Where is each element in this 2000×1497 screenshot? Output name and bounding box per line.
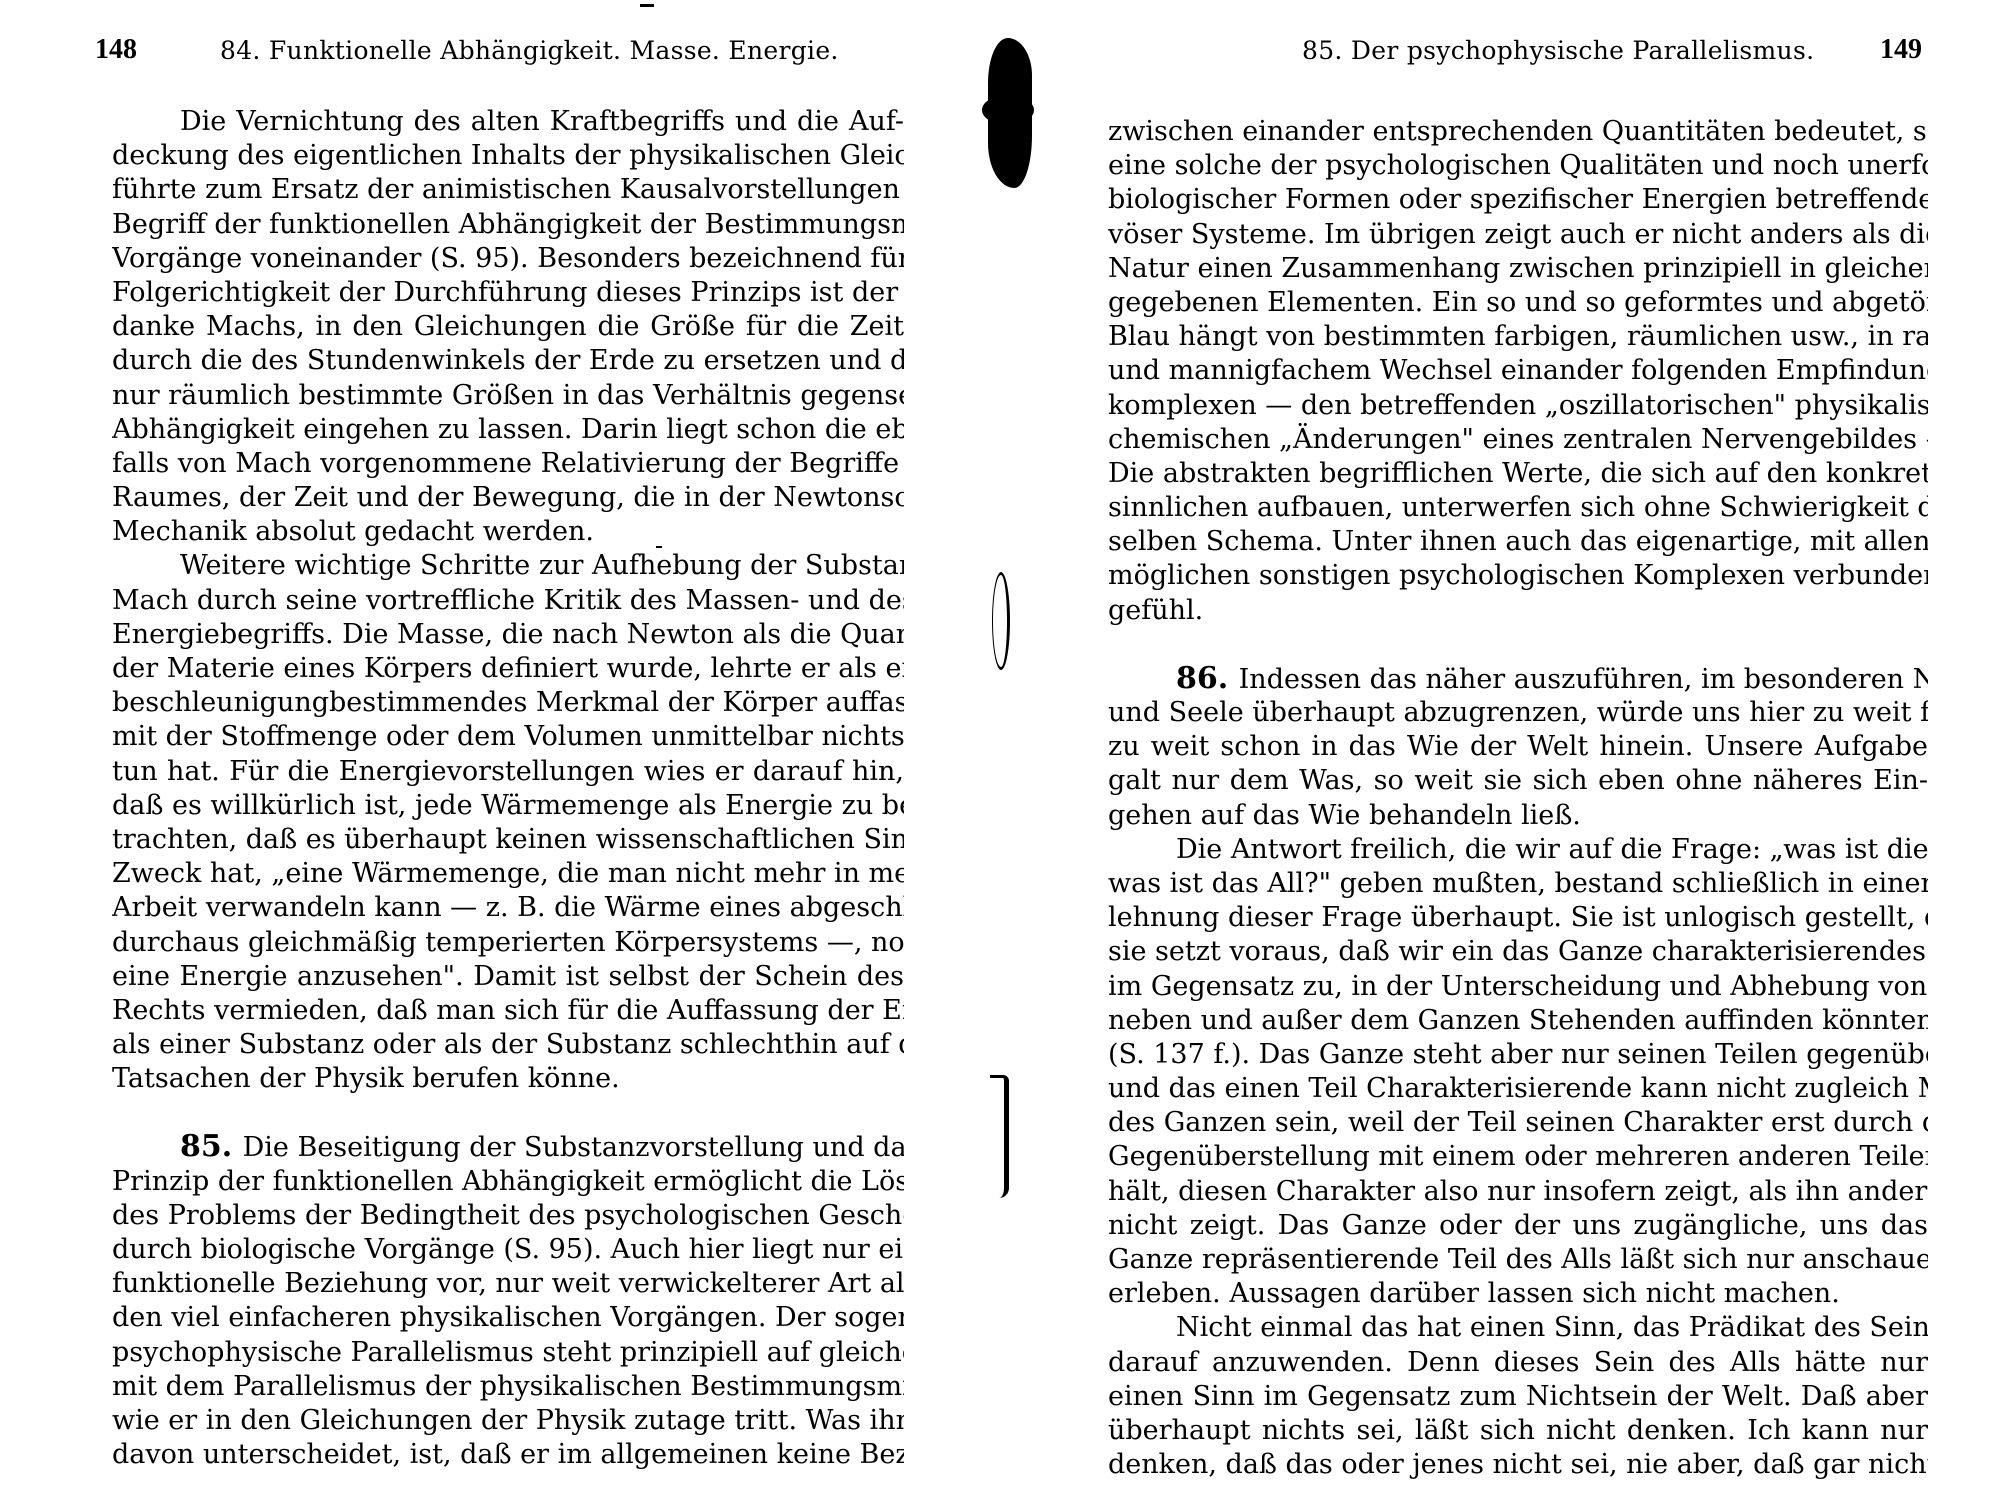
line-text: darauf anzuwenden. Denn dieses Sein des … (1108, 1347, 1928, 1378)
line-text: Begriff der funktionellen Abhängigkeit d… (112, 209, 904, 240)
line-text: Rechts vermieden, daß man sich für die A… (112, 995, 904, 1026)
line-text: Natur einen Zusammenhang zwischen prinzi… (1108, 253, 1928, 284)
text-line: vöser Systeme. Im übrigen zeigt auch er … (1108, 218, 1928, 252)
text-line: des Ganzen sein, weil der Teil seinen Ch… (1108, 1106, 1928, 1140)
binding-mark (990, 1075, 1009, 1198)
line-text: Zweck hat, „eine Wärmemenge, die man nic… (112, 858, 904, 889)
text-line: Blau hängt von bestimmten farbigen, räum… (1108, 320, 1928, 354)
text-line: mit der Stoffmenge oder dem Volumen unmi… (112, 720, 904, 754)
line-text: hält, diesen Charakter also nur insofern… (1108, 1176, 1928, 1207)
text-line: Begriff der funktionellen Abhängigkeit d… (112, 208, 904, 242)
line-text: einen Sinn im Gegensatz zum Nichtsein de… (1108, 1381, 1928, 1412)
line-text: sinnlichen aufbauen, unterwerfen sich oh… (1108, 492, 1928, 523)
line-text: Mechanik absolut gedacht werden. (112, 516, 594, 547)
text-line: hält, diesen Charakter also nur insofern… (1108, 1175, 1928, 1209)
page-body: Die Vernichtung des alten Kraftbegriffs … (112, 105, 904, 1472)
text-line: möglichen sonstigen psychologischen Komp… (1108, 559, 1928, 593)
text-line: falls von Mach vorgenommene Relativierun… (112, 447, 904, 481)
line-text: Tatsachen der Physik berufen könne. (112, 1063, 620, 1094)
line-text: zwischen einander entsprechenden Quantit… (1108, 116, 1928, 147)
line-text: Mach durch seine vortreffliche Kritik de… (112, 585, 904, 616)
line-text: (S. 137 f.). Das Ganze steht aber nur se… (1108, 1039, 1928, 1070)
line-text: gehen auf das Wie behandeln ließ. (1108, 800, 1581, 831)
line-text: Nicht einmal das hat einen Sinn, das Prä… (1176, 1312, 1928, 1343)
line-text: Weitere wichtige Schritte zur Aufhebung … (180, 550, 904, 581)
line-text: eine solche der psychologischen Qualität… (1108, 150, 1928, 181)
left-page: 148 84. Funktionelle Abhängigkeit. Masse… (0, 0, 960, 1497)
line-text: gefühl. (1108, 595, 1203, 626)
binding-mark (992, 572, 1010, 670)
line-text: möglichen sonstigen psychologischen Komp… (1108, 560, 1928, 591)
line-text: Blau hängt von bestimmten farbigen, räum… (1108, 321, 1928, 352)
line-text: gegebenen Elementen. Ein so und so gefor… (1108, 287, 1928, 318)
text-line: komplexen — den betreffenden „oszillator… (1108, 389, 1928, 423)
text-line: Rechts vermieden, daß man sich für die A… (112, 994, 904, 1028)
text-line: selben Schema. Unter ihnen auch das eige… (1108, 525, 1928, 559)
line-text: und das einen Teil Charakterisierende ka… (1108, 1073, 1928, 1104)
text-line: galt nur dem Was, so weit sie sich eben … (1108, 764, 1928, 798)
text-line: Weitere wichtige Schritte zur Aufhebung … (112, 549, 904, 583)
running-header: 85. Der psychophysische Parallelismus. (1302, 36, 1762, 76)
line-text: Ganze repräsentierende Teil des Alls läß… (1108, 1244, 1928, 1275)
line-text: neben und außer dem Ganzen Stehenden auf… (1108, 1005, 1928, 1036)
line-text: psychophysische Parallelismus steht prin… (112, 1337, 904, 1368)
paragraph-86: 86. Indessen das näher auszuführen, im b… (1108, 662, 1928, 1483)
text-line: Mechanik absolut gedacht werden. (112, 515, 904, 549)
text-line: nur räumlich bestimmte Größen in das Ver… (112, 379, 904, 413)
text-line: daß es willkürlich ist, jede Wärmemenge … (112, 789, 904, 823)
line-text: Gegenüberstellung mit einem oder mehrere… (1108, 1141, 1928, 1172)
line-text: komplexen — den betreffenden „oszillator… (1108, 390, 1928, 421)
text-line: Energiebegriffs. Die Masse, die nach New… (112, 618, 904, 652)
text-line: denken, daß das oder jenes nicht sei, ni… (1108, 1448, 1928, 1482)
text-line: Nicht einmal das hat einen Sinn, das Prä… (1108, 1311, 1928, 1345)
paragraph-85: 85. Die Beseitigung der Substanzvorstell… (112, 1130, 904, 1472)
text-line: als einer Substanz oder als der Substanz… (112, 1028, 904, 1062)
line-text: galt nur dem Was, so weit sie sich eben … (1108, 765, 1928, 796)
line-text: davon unterscheidet, ist, daß er im allg… (112, 1439, 904, 1470)
line-text: funktionelle Beziehung vor, nur weit ver… (112, 1268, 904, 1299)
text-line: sie setzt voraus, daß wir ein das Ganze … (1108, 935, 1928, 969)
page-number: 149 (1880, 34, 1922, 66)
line-text: Vorgänge voneinander (S. 95). Besonders … (112, 243, 904, 274)
text-line: chemischen „Änderungen" eines zentralen … (1108, 423, 1928, 457)
line-text: Energiebegriffs. Die Masse, die nach New… (112, 619, 904, 650)
text-line: durch biologische Vorgänge (S. 95). Auch… (112, 1233, 904, 1267)
text-line: Natur einen Zusammenhang zwischen prinzi… (1108, 252, 1928, 286)
text-line: funktionelle Beziehung vor, nur weit ver… (112, 1267, 904, 1301)
text-line: gegebenen Elementen. Ein so und so gefor… (1108, 286, 1928, 320)
text-line: Die Antwort freilich, die wir auf die Fr… (1108, 833, 1928, 867)
text-line: beschleunigungbestimmendes Merkmal der K… (112, 686, 904, 720)
line-text: zu weit schon in das Wie der Welt hinein… (1108, 731, 1928, 762)
text-line: Mach durch seine vortreffliche Kritik de… (112, 584, 904, 618)
line-text: eine Energie anzusehen". Damit ist selbs… (112, 961, 904, 992)
text-line: Prinzip der funktionellen Abhängigkeit e… (112, 1165, 904, 1199)
line-text: denken, daß das oder jenes nicht sei, ni… (1108, 1449, 1928, 1480)
line-text: nur räumlich bestimmte Größen in das Ver… (112, 380, 904, 411)
line-text: wie er in den Gleichungen der Physik zut… (112, 1405, 904, 1436)
line-text: daß es willkürlich ist, jede Wärmemenge … (112, 790, 904, 821)
line-text: überhaupt nichts sei, läßt sich nicht de… (1108, 1415, 1928, 1446)
text-line: biologischer Formen oder spezifischer En… (1108, 183, 1928, 217)
line-text: Abhängigkeit eingehen zu lassen. Darin l… (112, 414, 904, 445)
text-line: gefühl. (1108, 594, 1928, 628)
line-text: nicht zeigt. Das Ganze oder der uns zugä… (1108, 1210, 1928, 1241)
line-text: durchaus gleichmäßig temperierten Körper… (112, 927, 904, 958)
line-text: Die Vernichtung des alten Kraftbegriffs … (180, 106, 904, 137)
text-line: erleben. Aussagen darüber lassen sich ni… (1108, 1277, 1928, 1311)
text-line: gehen auf das Wie behandeln ließ. (1108, 799, 1928, 833)
text-line: einen Sinn im Gegensatz zum Nichtsein de… (1108, 1380, 1928, 1414)
line-text: falls von Mach vorgenommene Relativierun… (112, 448, 904, 479)
text-line: zwischen einander entsprechenden Quantit… (1108, 115, 1928, 149)
line-text: sie setzt voraus, daß wir ein das Ganze … (1108, 936, 1928, 967)
scan-artifact (640, 4, 654, 7)
section-gap (112, 1096, 904, 1130)
line-text: beschleunigungbestimmendes Merkmal der K… (112, 687, 904, 718)
text-line: nicht zeigt. Das Ganze oder der uns zugä… (1108, 1209, 1928, 1243)
line-text: Arbeit verwandeln kann — z. B. die Wärme… (112, 892, 904, 923)
text-line: Die abstrakten begrifflichen Werte, die … (1108, 457, 1928, 491)
line-text: durch die des Stundenwinkels der Erde zu… (112, 345, 904, 376)
line-text: den viel einfacheren physikalischen Vorg… (112, 1302, 904, 1333)
line-text: biologischer Formen oder spezifischer En… (1108, 184, 1928, 215)
line-text: deckung des eigentlichen Inhalts der phy… (112, 140, 904, 171)
line-text: und Seele überhaupt abzugrenzen, würde u… (1108, 697, 1928, 728)
text-line: darauf anzuwenden. Denn dieses Sein des … (1108, 1346, 1928, 1380)
text-line: 86. Indessen das näher auszuführen, im b… (1108, 662, 1928, 696)
text-line: Zweck hat, „eine Wärmemenge, die man nic… (112, 857, 904, 891)
line-text: durch biologische Vorgänge (S. 95). Auch… (112, 1234, 904, 1265)
text-line: und mannigfachem Wechsel einander folgen… (1108, 354, 1928, 388)
text-line: überhaupt nichts sei, läßt sich nicht de… (1108, 1414, 1928, 1448)
text-line: durch die des Stundenwinkels der Erde zu… (112, 344, 904, 378)
text-line: sinnlichen aufbauen, unterwerfen sich oh… (1108, 491, 1928, 525)
text-line: tun hat. Für die Energievorstellungen wi… (112, 755, 904, 789)
line-text: tun hat. Für die Energievorstellungen wi… (112, 756, 904, 787)
section-number: 85. (180, 1130, 243, 1164)
line-text: Folgerichtigkeit der Durchführung dieses… (112, 277, 904, 308)
paragraph-84: Die Vernichtung des alten Kraftbegriffs … (112, 105, 904, 1096)
text-line: und Seele überhaupt abzugrenzen, würde u… (1108, 696, 1928, 730)
text-line: eine Energie anzusehen". Damit ist selbs… (112, 960, 904, 994)
scan-artifact (656, 546, 662, 548)
section-number: 86. (1176, 662, 1239, 696)
line-text: führte zum Ersatz der animistischen Kaus… (112, 174, 904, 205)
line-text: der Materie eines Körpers definiert wurd… (112, 653, 904, 684)
text-line: 85. Die Beseitigung der Substanzvorstell… (112, 1130, 904, 1164)
text-line: psychophysische Parallelismus steht prin… (112, 1336, 904, 1370)
text-line: Arbeit verwandeln kann — z. B. die Wärme… (112, 891, 904, 925)
line-text: Die abstrakten begrifflichen Werte, die … (1108, 458, 1928, 489)
line-text: und mannigfachem Wechsel einander folgen… (1108, 355, 1928, 386)
text-line: eine solche der psychologischen Qualität… (1108, 149, 1928, 183)
running-header: 84. Funktionelle Abhängigkeit. Masse. En… (220, 36, 780, 76)
line-text: lehnung dieser Frage überhaupt. Sie ist … (1108, 902, 1928, 933)
line-text: erleben. Aussagen darüber lassen sich ni… (1108, 1278, 1840, 1309)
text-line: Die Vernichtung des alten Kraftbegriffs … (112, 105, 904, 139)
text-line: Gegenüberstellung mit einem oder mehrere… (1108, 1140, 1928, 1174)
text-line: (S. 137 f.). Das Ganze steht aber nur se… (1108, 1038, 1928, 1072)
section-gap (1108, 628, 1928, 662)
text-line: wie er in den Gleichungen der Physik zut… (112, 1404, 904, 1438)
line-text: mit dem Parallelismus der physikalischen… (112, 1371, 904, 1402)
page-number: 148 (95, 34, 137, 66)
text-line: mit dem Parallelismus der physikalischen… (112, 1370, 904, 1404)
text-line: neben und außer dem Ganzen Stehenden auf… (1108, 1004, 1928, 1038)
line-text: Raumes, der Zeit und der Bewegung, die i… (112, 482, 904, 513)
line-text: Prinzip der funktionellen Abhängigkeit e… (112, 1166, 904, 1197)
line-text: vöser Systeme. Im übrigen zeigt auch er … (1108, 219, 1928, 250)
line-text: als einer Substanz oder als der Substanz… (112, 1029, 904, 1060)
text-line: Folgerichtigkeit der Durchführung dieses… (112, 276, 904, 310)
text-line: Abhängigkeit eingehen zu lassen. Darin l… (112, 413, 904, 447)
text-line: deckung des eigentlichen Inhalts der phy… (112, 139, 904, 173)
line-text: danke Machs, in den Gleichungen die Größ… (112, 311, 904, 342)
line-text: Indessen das näher auszuführen, im beson… (1239, 664, 1928, 695)
paragraph-85-continued: zwischen einander entsprechenden Quantit… (1108, 115, 1928, 628)
text-line: Ganze repräsentierende Teil des Alls läß… (1108, 1243, 1928, 1277)
text-line: trachten, daß es überhaupt keinen wissen… (112, 823, 904, 857)
right-page: 85. Der psychophysische Parallelismus. 1… (1040, 0, 2000, 1497)
text-line: was ist das All?" geben mußten, bestand … (1108, 867, 1928, 901)
line-text: des Ganzen sein, weil der Teil seinen Ch… (1108, 1107, 1928, 1138)
text-line: Vorgänge voneinander (S. 95). Besonders … (112, 242, 904, 276)
line-text: Die Antwort freilich, die wir auf die Fr… (1176, 834, 1928, 865)
text-line: Tatsachen der Physik berufen könne. (112, 1062, 904, 1096)
line-text: trachten, daß es überhaupt keinen wissen… (112, 824, 904, 855)
text-line: im Gegensatz zu, in der Unterscheidung u… (1108, 970, 1928, 1004)
line-text: selben Schema. Unter ihnen auch das eige… (1108, 526, 1928, 557)
text-line: der Materie eines Körpers definiert wurd… (112, 652, 904, 686)
line-text: Die Beseitigung der Substanzvorstellung … (243, 1132, 904, 1163)
text-line: und das einen Teil Charakterisierende ka… (1108, 1072, 1928, 1106)
text-line: Raumes, der Zeit und der Bewegung, die i… (112, 481, 904, 515)
line-text: des Problems der Bedingtheit des psychol… (112, 1200, 904, 1231)
line-text: was ist das All?" geben mußten, bestand … (1108, 868, 1928, 899)
line-text: mit der Stoffmenge oder dem Volumen unmi… (112, 721, 904, 752)
text-line: des Problems der Bedingtheit des psychol… (112, 1199, 904, 1233)
text-line: durchaus gleichmäßig temperierten Körper… (112, 926, 904, 960)
gutter-ink-blot (982, 95, 1034, 125)
line-text: chemischen „Änderungen" eines zentralen … (1108, 424, 1928, 455)
text-line: davon unterscheidet, ist, daß er im allg… (112, 1438, 904, 1472)
text-line: lehnung dieser Frage überhaupt. Sie ist … (1108, 901, 1928, 935)
page-body: zwischen einander entsprechenden Quantit… (1108, 115, 1928, 1482)
text-line: führte zum Ersatz der animistischen Kaus… (112, 173, 904, 207)
text-line: zu weit schon in das Wie der Welt hinein… (1108, 730, 1928, 764)
line-text: im Gegensatz zu, in der Unterscheidung u… (1108, 971, 1928, 1002)
text-line: den viel einfacheren physikalischen Vorg… (112, 1301, 904, 1335)
text-line: danke Machs, in den Gleichungen die Größ… (112, 310, 904, 344)
